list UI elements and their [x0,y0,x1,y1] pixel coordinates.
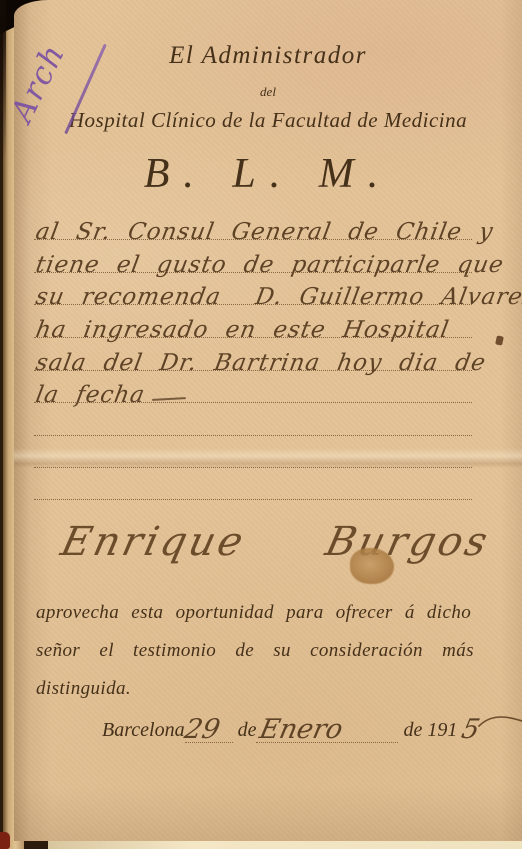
pen-flourish [478,714,522,728]
date-de2: de 191 [403,719,457,741]
header-administrator: El Administrador [14,42,522,70]
date-month-slot: Enero [256,719,398,743]
date-day-handwritten: 29 [183,721,221,739]
closing-line-1: aprovecha esta oportunidad para ofrecer … [36,602,504,624]
letter-page: El Administrador del Hospital Clínico de… [14,0,522,841]
paper-stain [350,548,394,584]
pen-dash [152,397,186,401]
salutation-blm: B. L. M. [14,150,522,198]
closing-line-3: distinguida. [36,678,504,700]
ruled-line-6: la fecha [34,372,472,403]
binding-mark [0,832,10,849]
date-day-slot: 29 [185,719,233,743]
date-month-handwritten: Enero [259,721,345,739]
header-institution: Hospital Clínico de la Facultad de Medic… [14,108,522,133]
date-line: Barcelona29 deEnero de 191 5 [102,714,522,743]
date-de1: de [238,719,257,741]
ruled-line-5: sala del Dr. Bartrina hoy dia de [34,340,472,371]
ink-speck [495,335,504,345]
ruled-line-4: ha ingresado en este Hospital [34,307,472,338]
ruled-line-3: su recomenda D. Guillermo Alvarez [34,274,472,305]
date-city: Barcelona [102,719,185,741]
date-year-digit-handwritten: 5 [460,721,481,739]
ruled-line-1: al Sr. Consul General de Chile y [34,209,472,240]
signature-name: Enrique Burgos [57,519,495,565]
binding-shadow [0,0,6,160]
ruled-line-7-blank [34,405,472,436]
header-del: del [14,84,522,100]
ruled-line-2: tiene el gusto de participarle que [34,242,472,273]
scanned-document: El Administrador del Hospital Clínico de… [0,0,522,849]
ruled-line-9-blank [34,469,472,500]
closing-line-2: señor el testimonio de su consideración … [36,640,504,662]
ruled-line-8-blank [34,437,472,468]
